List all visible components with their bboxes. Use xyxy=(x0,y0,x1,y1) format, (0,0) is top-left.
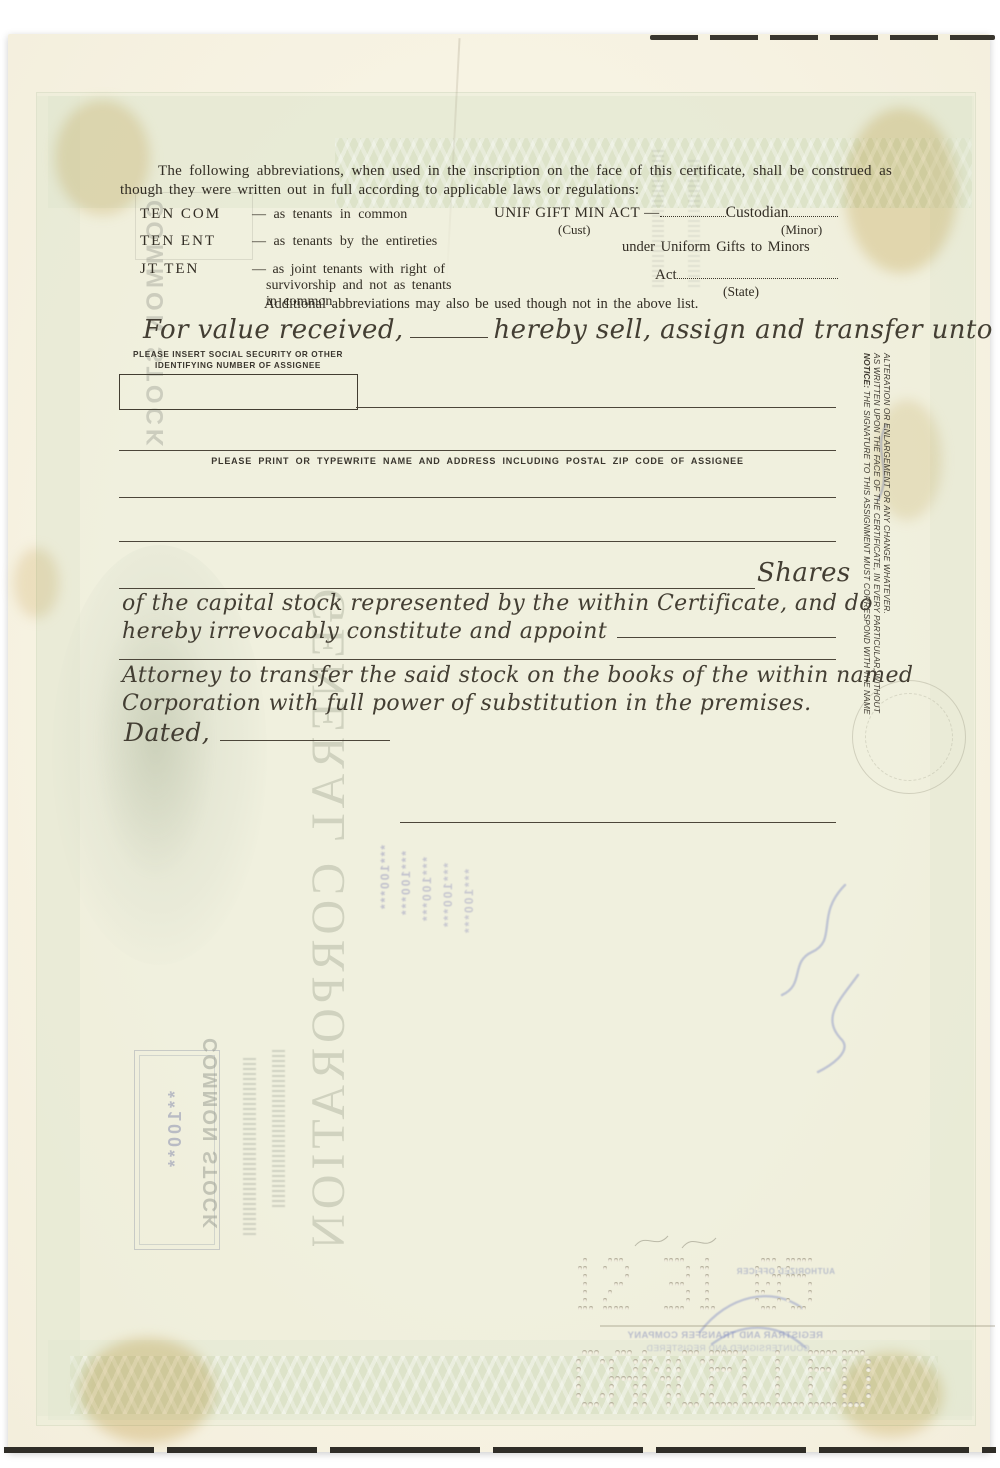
punched-hole xyxy=(583,1306,587,1310)
punched-hole xyxy=(742,1350,747,1355)
abbrev-code-ten-ent: TEN ENT xyxy=(140,233,216,250)
punched-hole xyxy=(797,1306,801,1310)
ssn-box xyxy=(119,374,358,410)
appoint-blank-line xyxy=(617,637,836,638)
punched-hole xyxy=(808,1258,812,1262)
punched-hole xyxy=(669,1282,673,1286)
punch-char xyxy=(775,1350,805,1410)
punched-hole xyxy=(615,1376,620,1381)
punched-hole xyxy=(614,1282,618,1286)
punched-hole xyxy=(848,1350,853,1355)
abbrev-meaning-ten-ent: — as tenants by the entireties xyxy=(252,234,437,250)
punched-hole xyxy=(709,1384,714,1389)
punched-hole xyxy=(642,1393,647,1398)
write-in-line xyxy=(119,659,836,660)
punched-hole xyxy=(742,1384,747,1389)
punch-char xyxy=(694,1258,722,1314)
punched-hole xyxy=(688,1350,693,1355)
punched-date-row xyxy=(572,1258,816,1314)
punched-hole xyxy=(754,1402,759,1407)
punched-hole xyxy=(742,1359,747,1364)
notice-line1: NOTICE: THE SIGNATURE TO THIS ASSIGNMENT… xyxy=(862,353,872,745)
punched-hole xyxy=(609,1376,614,1381)
punched-hole xyxy=(772,1306,776,1310)
punched-hole xyxy=(633,1359,638,1364)
punched-hole xyxy=(609,1402,614,1407)
punched-hole xyxy=(600,1393,605,1398)
punched-hole xyxy=(676,1393,681,1398)
punched-hole xyxy=(777,1290,781,1294)
punched-hole xyxy=(760,1402,765,1407)
unif-gift-under-line: under Uniform Gifts to Minors xyxy=(622,239,810,256)
paper-crease xyxy=(600,1325,995,1327)
punched-hole xyxy=(666,1384,671,1389)
punched-hole xyxy=(576,1384,581,1389)
punched-hole xyxy=(666,1367,671,1372)
punched-hole xyxy=(727,1350,732,1355)
punched-hole xyxy=(854,1350,859,1355)
punched-hole xyxy=(848,1402,853,1407)
punched-hole xyxy=(854,1402,859,1407)
punched-hole xyxy=(832,1350,837,1355)
punched-hole xyxy=(866,1384,871,1389)
punched-hole xyxy=(866,1393,871,1398)
punched-hole xyxy=(648,1359,653,1364)
punched-hole xyxy=(733,1350,738,1355)
act-label: Act xyxy=(655,267,677,284)
punched-hole xyxy=(705,1258,709,1262)
punched-hole xyxy=(700,1359,705,1364)
punched-hole xyxy=(608,1290,612,1294)
abbrev-meaning-jt-ten-line1: — as joint tenants with right of xyxy=(252,262,445,278)
punched-hole xyxy=(642,1350,647,1355)
punch-char xyxy=(725,1258,753,1314)
punched-hole xyxy=(808,1393,813,1398)
punched-hole xyxy=(781,1402,786,1407)
paper-stain xyxy=(80,1338,215,1443)
punched-hole xyxy=(664,1258,668,1262)
punched-hole xyxy=(669,1306,673,1310)
punched-hole xyxy=(808,1359,813,1364)
write-in-line xyxy=(119,450,836,451)
punched-hole xyxy=(709,1350,714,1355)
punched-hole xyxy=(594,1402,599,1407)
punched-hole xyxy=(705,1274,709,1278)
punched-hole xyxy=(705,1282,709,1286)
punch-char xyxy=(808,1350,838,1410)
punched-hole xyxy=(609,1393,614,1398)
unif-gift-custodian: Custodian xyxy=(726,204,789,222)
punched-hole xyxy=(576,1393,581,1398)
punched-hole xyxy=(709,1402,714,1407)
punched-hole xyxy=(627,1376,632,1381)
blank-line xyxy=(410,337,488,338)
punched-hole xyxy=(700,1266,704,1270)
punched-hole xyxy=(583,1258,587,1262)
punched-hole xyxy=(842,1376,847,1381)
punched-hole xyxy=(775,1384,780,1389)
punched-hole xyxy=(860,1402,865,1407)
body-line3: Attorney to transfer the said stock on t… xyxy=(122,663,913,688)
punched-hole xyxy=(576,1367,581,1372)
punched-hole xyxy=(775,1402,780,1407)
punched-hole xyxy=(777,1274,781,1278)
punched-hole xyxy=(808,1367,813,1372)
punched-hole xyxy=(766,1282,770,1286)
punched-hole xyxy=(682,1350,687,1355)
punched-hole xyxy=(603,1266,607,1270)
punched-hole xyxy=(676,1376,681,1381)
punched-hole xyxy=(686,1290,690,1294)
punched-hole xyxy=(705,1290,709,1294)
punched-hole xyxy=(576,1376,581,1381)
punch-char xyxy=(786,1258,814,1314)
punched-hole xyxy=(721,1350,726,1355)
punched-hole xyxy=(603,1306,607,1310)
punched-hole xyxy=(820,1367,825,1372)
punched-hole xyxy=(666,1402,671,1407)
write-in-line xyxy=(119,541,836,542)
punched-hole xyxy=(761,1258,765,1262)
punched-hole xyxy=(808,1350,813,1355)
punched-hole xyxy=(826,1402,831,1407)
punched-hole xyxy=(633,1367,638,1372)
unif-gift-cust: (Cust) xyxy=(558,222,591,238)
punched-hole xyxy=(777,1266,781,1270)
punched-hole xyxy=(733,1402,738,1407)
punched-hole xyxy=(775,1359,780,1364)
unif-gift-row: UNIF GIFT MIN ACT — Custodian xyxy=(494,204,838,222)
punched-hole xyxy=(582,1402,587,1407)
scan-edge-bottom xyxy=(4,1447,996,1453)
notice-line3: ALTERATION OR ENLARGEMENT OR ANY CHANGE … xyxy=(882,353,892,745)
punch-char xyxy=(572,1258,600,1314)
punched-hole xyxy=(625,1266,629,1270)
punched-hole xyxy=(842,1393,847,1398)
punched-hole xyxy=(842,1402,847,1407)
ssn-label-line2: IDENTIFYING NUMBER OF ASSIGNEE xyxy=(118,361,358,372)
ssn-label: PLEASE INSERT SOCIAL SECURITY OR OTHER I… xyxy=(118,350,358,371)
body-line1: of the capital stock represented by the … xyxy=(122,591,873,616)
punched-hole xyxy=(715,1402,720,1407)
punched-hole xyxy=(814,1350,819,1355)
opening-text: For value received, xyxy=(143,315,404,345)
punched-hole xyxy=(686,1274,690,1278)
dotted-leader xyxy=(660,206,726,217)
punched-cancelled-row xyxy=(576,1350,875,1410)
punched-hole xyxy=(787,1402,792,1407)
punched-hole xyxy=(786,1266,790,1270)
punched-hole xyxy=(589,1306,593,1310)
notice-prefix: NOTICE: xyxy=(862,353,872,388)
punch-char xyxy=(603,1258,631,1314)
punched-hole xyxy=(705,1266,709,1270)
punch-char xyxy=(742,1350,772,1410)
punched-hole xyxy=(583,1290,587,1294)
punched-hole xyxy=(777,1282,781,1286)
punched-hole xyxy=(694,1402,699,1407)
punched-hole xyxy=(594,1350,599,1355)
punched-hole xyxy=(842,1384,847,1389)
punched-hole xyxy=(766,1402,771,1407)
punched-hole xyxy=(609,1384,614,1389)
scanned-certificate-back: DOLLAR GENERAL CORPORATION COMMON STOCK … xyxy=(0,0,1000,1468)
punched-hole xyxy=(791,1274,795,1278)
punched-hole xyxy=(675,1258,679,1262)
punched-hole xyxy=(680,1258,684,1262)
dated-blank-line xyxy=(220,740,390,741)
body-line2: hereby irrevocably constitute and appoin… xyxy=(122,619,607,644)
punched-hole xyxy=(775,1376,780,1381)
dotted-leader xyxy=(677,268,838,279)
punched-hole xyxy=(675,1306,679,1310)
punched-hole xyxy=(814,1402,819,1407)
punched-hole xyxy=(633,1393,638,1398)
punched-hole xyxy=(842,1350,847,1355)
punched-hole xyxy=(791,1306,795,1310)
punched-hole xyxy=(860,1350,865,1355)
punched-hole xyxy=(680,1282,684,1286)
punched-hole xyxy=(766,1258,770,1262)
dated-label: Dated, xyxy=(124,718,210,747)
punched-hole xyxy=(582,1350,587,1355)
punched-hole xyxy=(666,1350,671,1355)
punched-hole xyxy=(583,1298,587,1302)
punched-hole xyxy=(608,1258,612,1262)
punched-hole xyxy=(627,1350,632,1355)
punched-hole xyxy=(715,1350,720,1355)
punched-hole xyxy=(711,1306,715,1310)
punched-hole xyxy=(761,1290,765,1294)
punched-hole xyxy=(633,1376,638,1381)
punched-hole xyxy=(578,1266,582,1270)
punched-hole xyxy=(808,1290,812,1294)
act-row: Act xyxy=(655,267,838,284)
punched-hole xyxy=(715,1367,720,1372)
punched-hole xyxy=(625,1306,629,1310)
punched-hole xyxy=(808,1376,813,1381)
punched-hole xyxy=(619,1306,623,1310)
punched-hole xyxy=(619,1258,623,1262)
punch-char xyxy=(633,1258,661,1314)
ssn-label-line1: PLEASE INSERT SOCIAL SECURITY OR OTHER xyxy=(118,350,358,361)
punched-hole xyxy=(666,1359,671,1364)
punch-char xyxy=(642,1350,672,1410)
punched-hole xyxy=(802,1258,806,1262)
punched-hole xyxy=(642,1384,647,1389)
punched-hole xyxy=(791,1258,795,1262)
punched-hole xyxy=(676,1367,681,1372)
punched-hole xyxy=(814,1367,819,1372)
punched-hole xyxy=(642,1402,647,1407)
assignment-opening-line: For value received, hereby sell, assign … xyxy=(143,315,837,345)
punched-hole xyxy=(608,1306,612,1310)
punched-hole xyxy=(583,1282,587,1286)
punched-hole xyxy=(688,1402,693,1407)
punched-hole xyxy=(576,1359,581,1364)
punched-hole xyxy=(866,1376,871,1381)
punched-hole xyxy=(680,1306,684,1310)
shares-word: Shares xyxy=(757,558,851,588)
punched-hole xyxy=(666,1393,671,1398)
write-in-line xyxy=(119,497,836,498)
punched-hole xyxy=(772,1274,776,1278)
intro-paragraph: The following abbreviations, when used i… xyxy=(120,162,892,199)
punched-hole xyxy=(588,1402,593,1407)
punched-hole xyxy=(808,1384,813,1389)
punched-hole xyxy=(676,1359,681,1364)
punch-char xyxy=(842,1350,872,1410)
punched-hole xyxy=(669,1258,673,1262)
punched-hole xyxy=(676,1384,681,1389)
punched-hole xyxy=(578,1306,582,1310)
punched-hole xyxy=(694,1350,699,1355)
punched-hole xyxy=(603,1298,607,1302)
punched-hole xyxy=(842,1367,847,1372)
punched-hole xyxy=(866,1359,871,1364)
punched-hole xyxy=(660,1376,665,1381)
punched-hole xyxy=(609,1367,614,1372)
dotted-leader xyxy=(789,206,838,217)
punched-hole xyxy=(793,1402,798,1407)
punched-hole xyxy=(808,1282,812,1286)
punched-hole xyxy=(686,1298,690,1302)
punched-hole xyxy=(664,1306,668,1310)
punched-hole xyxy=(675,1282,679,1286)
punched-hole xyxy=(614,1306,618,1310)
punch-char xyxy=(576,1350,606,1410)
punched-hole xyxy=(820,1350,825,1355)
paper-stain xyxy=(14,548,59,618)
punched-hole xyxy=(808,1298,812,1302)
punched-hole xyxy=(826,1350,831,1355)
punch-char xyxy=(709,1350,739,1410)
punched-hole xyxy=(642,1359,647,1364)
abbrev-code-jt-ten: JT TEN xyxy=(140,261,199,278)
punched-hole xyxy=(633,1402,638,1407)
punched-hole xyxy=(721,1367,726,1372)
punched-hole xyxy=(700,1306,704,1310)
signature-line xyxy=(400,822,836,823)
punched-hole xyxy=(786,1298,790,1302)
punched-hole xyxy=(709,1359,714,1364)
write-in-line xyxy=(356,407,836,408)
punched-hole xyxy=(799,1402,804,1407)
dated-row: Dated, xyxy=(124,718,390,747)
punched-hole xyxy=(742,1367,747,1372)
punched-hole xyxy=(633,1384,638,1389)
punched-hole xyxy=(766,1306,770,1310)
punched-hole xyxy=(748,1402,753,1407)
punch-char xyxy=(755,1258,783,1314)
punched-hole xyxy=(709,1367,714,1372)
punched-hole xyxy=(700,1393,705,1398)
punch-char xyxy=(664,1258,692,1314)
punched-hole xyxy=(742,1393,747,1398)
scan-edge-top xyxy=(650,35,995,40)
punched-hole xyxy=(666,1376,671,1381)
punched-hole xyxy=(742,1402,747,1407)
punched-hole xyxy=(621,1350,626,1355)
punched-hole xyxy=(615,1350,620,1355)
print-caption: PLEASE PRINT OR TYPEWRITE NAME AND ADDRE… xyxy=(119,456,836,466)
punched-hole xyxy=(755,1274,759,1278)
punched-hole xyxy=(621,1376,626,1381)
punched-hole xyxy=(705,1298,709,1302)
punched-hole xyxy=(761,1306,765,1310)
punched-hole xyxy=(772,1258,776,1262)
punched-hole xyxy=(609,1359,614,1364)
punched-hole xyxy=(686,1266,690,1270)
punched-hole xyxy=(583,1266,587,1270)
punched-hole xyxy=(866,1367,871,1372)
punched-hole xyxy=(755,1282,759,1286)
punched-hole xyxy=(600,1359,605,1364)
body-line2-row: hereby irrevocably constitute and appoin… xyxy=(122,619,836,644)
punched-hole xyxy=(727,1402,732,1407)
notice-line1-rest: THE SIGNATURE TO THIS ASSIGNMENT MUST CO… xyxy=(862,388,872,714)
punched-hole xyxy=(786,1258,790,1262)
punched-hole xyxy=(614,1258,618,1262)
punched-hole xyxy=(682,1402,687,1407)
punched-hole xyxy=(709,1376,714,1381)
punched-hole xyxy=(777,1298,781,1302)
abbrev-code-ten-com: TEN COM xyxy=(140,206,221,223)
punched-hole xyxy=(775,1350,780,1355)
punched-hole xyxy=(727,1367,732,1372)
punched-hole xyxy=(755,1266,759,1270)
punched-hole xyxy=(797,1258,801,1262)
punched-hole xyxy=(786,1274,790,1278)
punched-hole xyxy=(826,1367,831,1372)
unif-gift-label: UNIF GIFT MIN ACT — xyxy=(494,205,660,222)
additional-note: Additional abbreviations may also be use… xyxy=(264,296,698,313)
punched-hole xyxy=(802,1274,806,1278)
punched-hole xyxy=(583,1274,587,1278)
punched-hole xyxy=(775,1367,780,1372)
punched-hole xyxy=(775,1393,780,1398)
punched-hole xyxy=(797,1274,801,1278)
body-line4: Corporation with full power of substitut… xyxy=(122,691,812,716)
punched-hole xyxy=(742,1376,747,1381)
abbrev-meaning-jt-ten-line2: survivorship and not as tenants xyxy=(266,278,451,294)
punched-hole xyxy=(755,1298,759,1302)
punched-hole xyxy=(642,1376,647,1381)
abbrev-meaning-ten-com: — as tenants in common xyxy=(252,207,407,223)
punched-hole xyxy=(705,1306,709,1310)
act-state: (State) xyxy=(723,284,759,300)
punched-hole xyxy=(820,1402,825,1407)
punched-hole xyxy=(755,1290,759,1294)
opening-rest-text: hereby sell, assign and transfer unto xyxy=(494,315,993,345)
punched-hole xyxy=(808,1402,813,1407)
punched-hole xyxy=(842,1359,847,1364)
punched-hole xyxy=(709,1393,714,1398)
punched-hole xyxy=(619,1282,623,1286)
notice-line2: AS WRITTEN UPON THE FACE OF THE CERTIFIC… xyxy=(872,353,882,745)
punched-hole xyxy=(721,1402,726,1407)
unif-gift-minor: (Minor) xyxy=(781,222,822,238)
shares-line xyxy=(119,588,755,589)
punched-hole xyxy=(802,1306,806,1310)
punch-char xyxy=(676,1350,706,1410)
punch-char xyxy=(609,1350,639,1410)
punched-hole xyxy=(625,1274,629,1278)
punched-hole xyxy=(832,1402,837,1407)
punched-hole xyxy=(654,1367,659,1372)
punched-hole xyxy=(642,1367,647,1372)
punched-hole xyxy=(588,1350,593,1355)
